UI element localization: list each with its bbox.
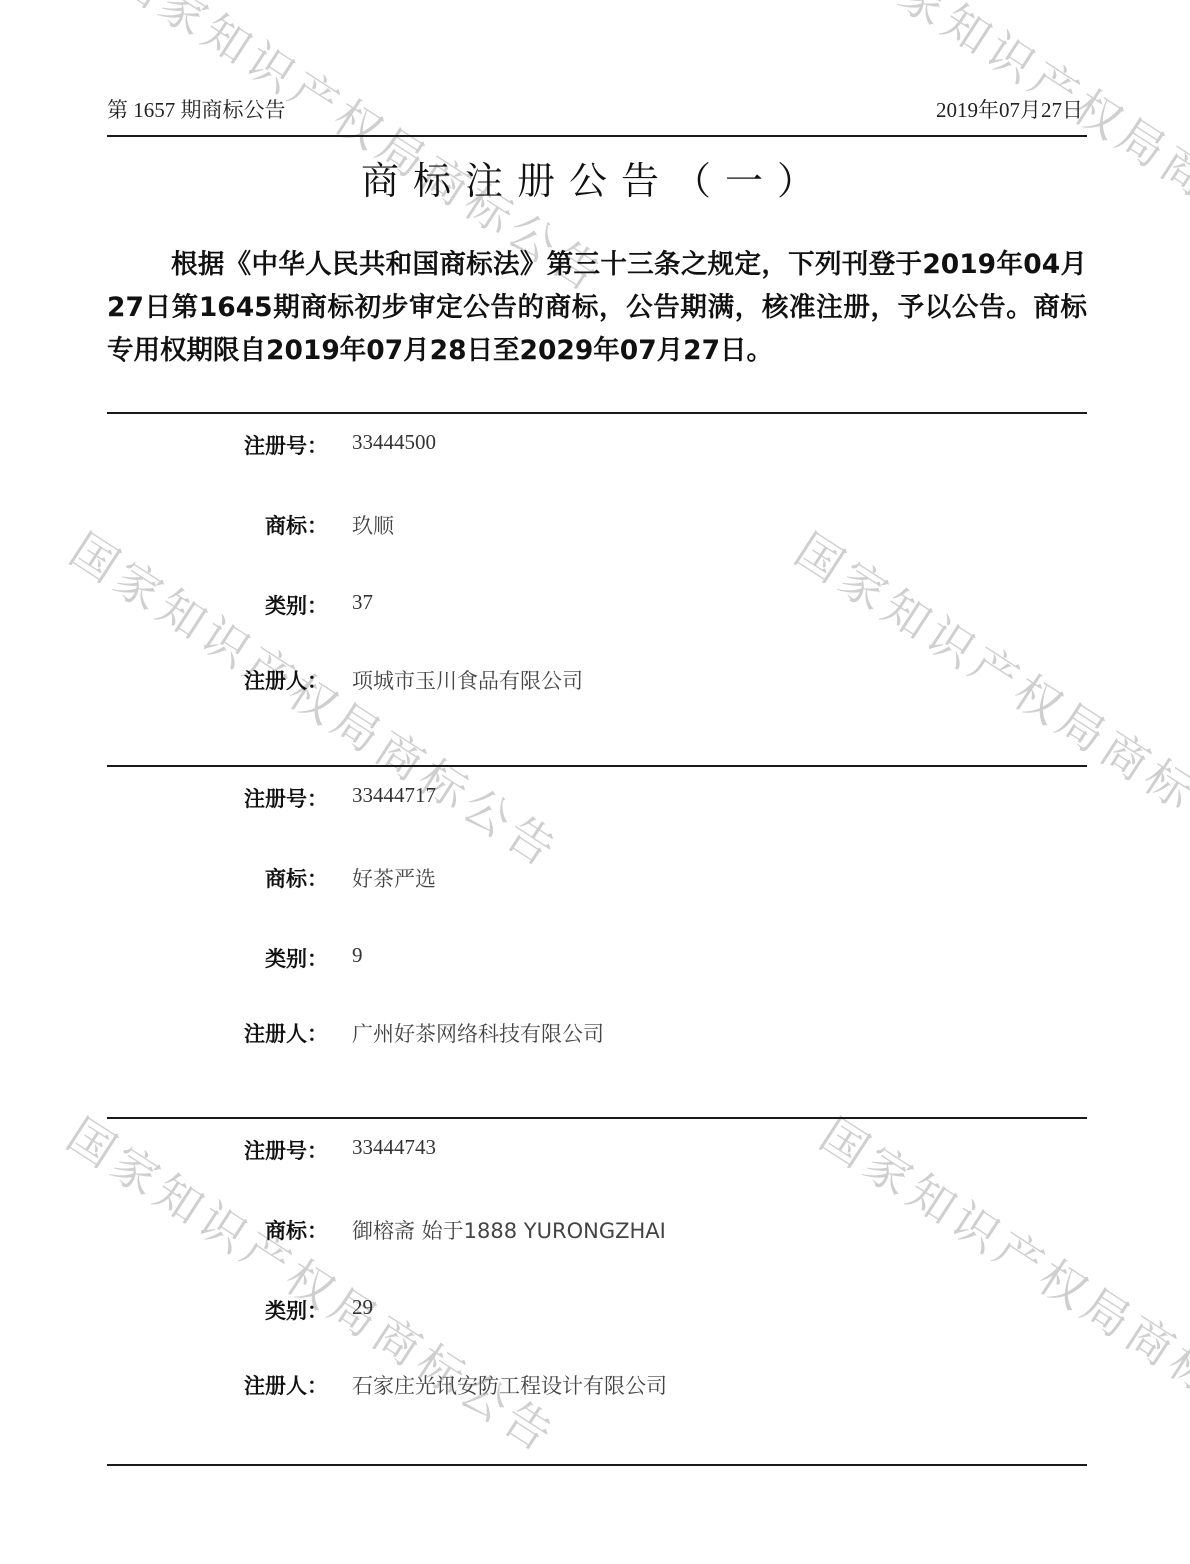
- mark-label: 商标：: [208, 863, 328, 893]
- watermark: 国家知识产权局商标公告: [784, 515, 1190, 882]
- reg-no-label: 注册号：: [208, 430, 328, 460]
- reg-no-label: 注册号：: [208, 783, 328, 813]
- intro-paragraph: 根据《中华人民共和国商标法》第三十三条之规定，下列刊登于2019年04月27日第…: [107, 243, 1087, 372]
- watermark: 国家知识产权局商标公告: [59, 515, 575, 882]
- mark-value: 玖顺: [352, 510, 394, 540]
- registrant-label: 注册人：: [208, 665, 328, 695]
- registrant-value: 项城市玉川食品有限公司: [352, 665, 583, 695]
- section-divider: [107, 765, 1087, 767]
- registrant-label: 注册人：: [208, 1370, 328, 1400]
- reg-no-value: 33444743: [352, 1135, 436, 1160]
- class-value: 9: [352, 943, 363, 968]
- mark-label: 商标：: [208, 1215, 328, 1245]
- reg-no-label: 注册号：: [208, 1135, 328, 1165]
- class-value: 29: [352, 1295, 373, 1320]
- class-label: 类别：: [208, 590, 328, 620]
- section-divider: [107, 1117, 1087, 1119]
- header-divider: [107, 135, 1087, 137]
- mark-value: 御榕斋 始于1888 YURONGZHAI: [352, 1215, 666, 1245]
- page-title: 商标注册公告（一）: [0, 150, 1190, 205]
- mark-label: 商标：: [208, 510, 328, 540]
- class-value: 37: [352, 590, 373, 615]
- publication-date: 2019年07月27日: [936, 94, 1083, 124]
- class-label: 类别：: [208, 943, 328, 973]
- reg-no-value: 33444500: [352, 430, 436, 455]
- registrant-value: 广州好茶网络科技有限公司: [352, 1018, 604, 1048]
- mark-value: 好茶严选: [352, 863, 436, 893]
- registrant-label: 注册人：: [208, 1018, 328, 1048]
- class-label: 类别：: [208, 1295, 328, 1325]
- section-divider: [107, 412, 1087, 414]
- issue-number: 第 1657 期商标公告: [107, 94, 286, 124]
- section-divider: [107, 1464, 1087, 1466]
- reg-no-value: 33444717: [352, 783, 436, 808]
- registrant-value: 石家庄光讯安防工程设计有限公司: [352, 1370, 667, 1400]
